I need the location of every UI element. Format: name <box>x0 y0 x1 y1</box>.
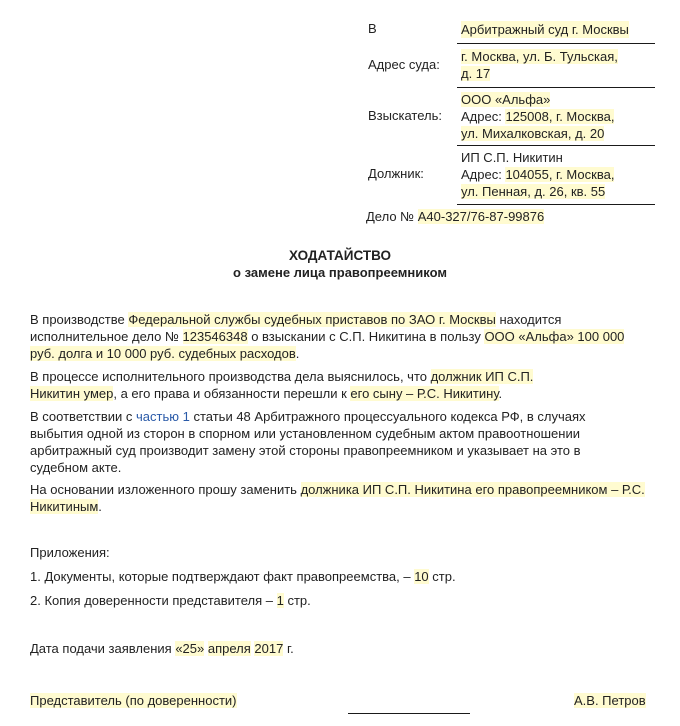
signatory-role: Представитель (по доверенности) <box>30 693 237 708</box>
court-rule <box>457 43 655 44</box>
filing-date: Дата подачи заявления «25» апреля 2017 г… <box>30 641 294 656</box>
court-name: Арбитражный суд г. Москвы <box>461 21 629 38</box>
claimant-details: ООО «Альфа» Адрес: 125008, г. Москва, ул… <box>461 91 614 142</box>
paragraph-legal-basis: В соответствии с частью 1 статьи 48 Арби… <box>30 408 590 476</box>
document-title: ХОДАТАЙСТВО <box>0 248 680 263</box>
attachment-item: 1. Документы, которые подтверждают факт … <box>30 569 456 584</box>
debtor-rule <box>457 204 655 205</box>
signatory-name: А.В. Петров <box>574 693 646 708</box>
claimant-rule <box>457 145 655 146</box>
court-address: г. Москва, ул. Б. Тульская, д. 17 <box>461 48 618 82</box>
debtor-details: ИП С.П. Никитин Адрес: 104055, г. Москва… <box>461 149 614 200</box>
document-subtitle: о замене лица правопреемником <box>0 265 680 280</box>
signature-line <box>348 713 470 714</box>
attachments-heading: Приложения: <box>30 545 110 560</box>
paragraph-proceedings: В производстве Федеральной службы судебн… <box>30 311 650 362</box>
case-number: Дело № А40-327/76-87-99876 <box>366 209 544 224</box>
to-label: В <box>368 21 377 36</box>
court-address-label: Адрес суда: <box>368 57 440 72</box>
court-address-rule <box>457 87 655 88</box>
claimant-label: Взыскатель: <box>368 108 442 123</box>
paragraph-debtor-death: В процессе исполнительного производства … <box>30 368 570 402</box>
debtor-label: Должник: <box>368 166 424 181</box>
law-article-link[interactable]: частью 1 <box>136 409 190 424</box>
attachment-item: 2. Копия доверенности представителя – 1 … <box>30 593 311 608</box>
paragraph-request: На основании изложенного прошу заменить … <box>30 481 650 515</box>
